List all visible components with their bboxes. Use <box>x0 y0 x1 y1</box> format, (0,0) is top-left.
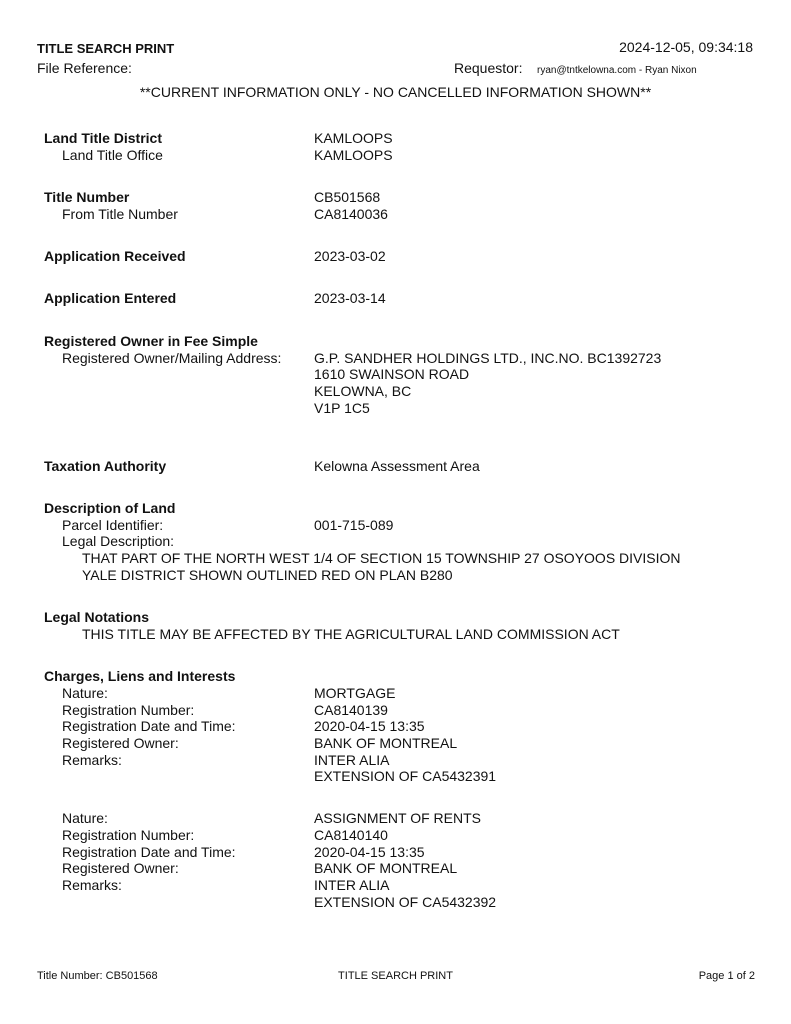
charge-reg-datetime-label: Registration Date and Time: <box>62 844 236 861</box>
land-title-district-value: KAMLOOPS <box>314 130 393 147</box>
charge-remarks-value: EXTENSION OF CA5432392 <box>314 894 496 911</box>
charge-reg-number-label: Registration Number: <box>62 702 194 719</box>
charges-section-label: Charges, Liens and Interests <box>44 668 235 685</box>
charge-nature-label: Nature: <box>62 810 108 827</box>
charge-owner-value: BANK OF MONTREAL <box>314 735 457 752</box>
application-received-value: 2023-03-02 <box>314 248 386 265</box>
land-title-office-label: Land Title Office <box>62 147 163 164</box>
charge-nature-value: ASSIGNMENT OF RENTS <box>314 810 481 827</box>
owner-address-line: KELOWNA, BC <box>314 383 411 400</box>
charge-remarks-label: Remarks: <box>62 877 122 894</box>
land-title-office-value: KAMLOOPS <box>314 147 393 164</box>
charge-remarks-label: Remarks: <box>62 752 122 769</box>
parcel-identifier-value: 001-715-089 <box>314 517 393 534</box>
charge-reg-datetime-value: 2020-04-15 13:35 <box>314 718 425 735</box>
charge-remarks-value: EXTENSION OF CA5432391 <box>314 768 496 785</box>
taxation-authority-value: Kelowna Assessment Area <box>314 458 480 475</box>
from-title-number-value: CA8140036 <box>314 206 388 223</box>
owner-address-line: 1610 SWAINSON ROAD <box>314 366 469 383</box>
footer-doc-title: TITLE SEARCH PRINT <box>0 969 791 983</box>
charge-owner-label: Registered Owner: <box>62 735 179 752</box>
legal-description-line: THAT PART OF THE NORTH WEST 1/4 OF SECTI… <box>82 550 681 567</box>
current-info-notice: **CURRENT INFORMATION ONLY - NO CANCELLE… <box>0 84 791 101</box>
land-title-district-label: Land Title District <box>44 130 162 147</box>
application-entered-label: Application Entered <box>44 290 176 307</box>
charge-reg-datetime-value: 2020-04-15 13:35 <box>314 844 425 861</box>
charge-remarks-value: INTER ALIA <box>314 752 389 769</box>
charge-owner-label: Registered Owner: <box>62 860 179 877</box>
title-number-value: CB501568 <box>314 189 380 206</box>
owner-address-label: Registered Owner/Mailing Address: <box>62 350 281 367</box>
charge-reg-datetime-label: Registration Date and Time: <box>62 718 236 735</box>
title-number-label: Title Number <box>44 189 129 206</box>
owner-address-line: G.P. SANDHER HOLDINGS LTD., INC.NO. BC13… <box>314 350 661 367</box>
parcel-identifier-label: Parcel Identifier: <box>62 517 163 534</box>
owner-address-line: V1P 1C5 <box>314 400 370 417</box>
print-datetime: 2024-12-05, 09:34:18 <box>619 39 753 56</box>
registered-owner-section-label: Registered Owner in Fee Simple <box>44 333 258 350</box>
charge-reg-number-label: Registration Number: <box>62 827 194 844</box>
file-reference-label: File Reference: <box>37 60 132 77</box>
application-received-label: Application Received <box>44 248 186 265</box>
footer-page-number: Page 1 of 2 <box>699 969 755 983</box>
description-of-land-label: Description of Land <box>44 500 175 517</box>
charge-nature-value: MORTGAGE <box>314 685 395 702</box>
charge-nature-label: Nature: <box>62 685 108 702</box>
taxation-authority-label: Taxation Authority <box>44 458 166 475</box>
legal-notations-label: Legal Notations <box>44 609 149 626</box>
legal-description-label: Legal Description: <box>62 533 174 550</box>
charge-reg-number-value: CA8140139 <box>314 702 388 719</box>
requestor-value: ryan@tntkelowna.com - Ryan Nixon <box>537 62 697 79</box>
requestor-label: Requestor: <box>454 60 522 77</box>
charge-reg-number-value: CA8140140 <box>314 827 388 844</box>
legal-description-line: YALE DISTRICT SHOWN OUTLINED RED ON PLAN… <box>82 567 453 584</box>
document-title: TITLE SEARCH PRINT <box>37 40 174 57</box>
application-entered-value: 2023-03-14 <box>314 290 386 307</box>
charge-remarks-value: INTER ALIA <box>314 877 389 894</box>
from-title-number-label: From Title Number <box>62 206 178 223</box>
legal-notation-text: THIS TITLE MAY BE AFFECTED BY THE AGRICU… <box>82 626 620 643</box>
charge-owner-value: BANK OF MONTREAL <box>314 860 457 877</box>
